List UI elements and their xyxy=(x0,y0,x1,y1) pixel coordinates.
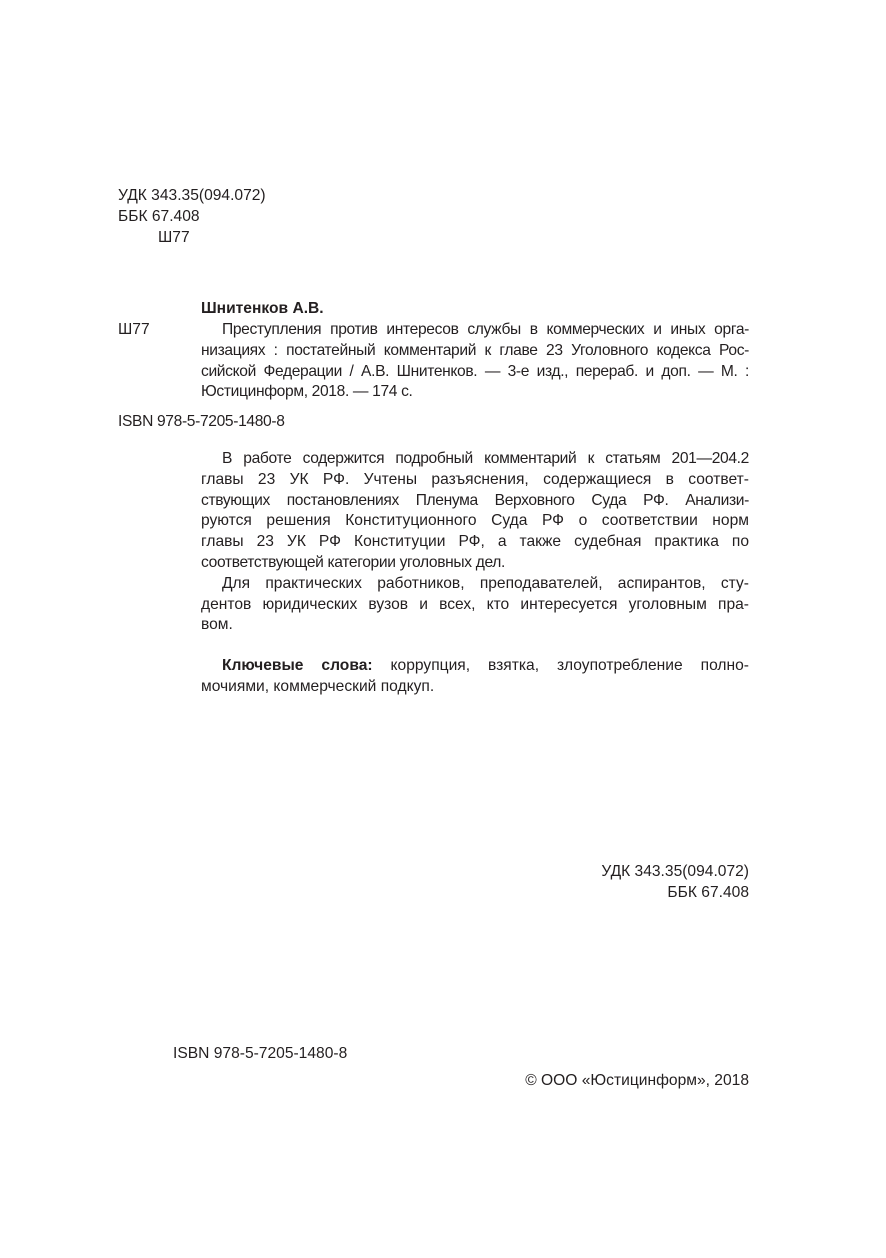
top-classification: УДК 343.35(094.072) ББК 67.408 Ш77 xyxy=(118,186,266,248)
annotation-line: ствующих постановлениях Пленума Верховно… xyxy=(201,491,749,512)
annotation-line: соответствующей категории уголовных дел. xyxy=(201,553,749,574)
isbn-bottom: ISBN 978-5-7205-1480-8 xyxy=(173,1044,347,1065)
annotation-line: руются решения Конституционного Суда РФ … xyxy=(201,511,749,532)
author-mark: Ш77 xyxy=(118,228,266,249)
annotation-line: вом. xyxy=(201,615,749,636)
record-line: Преступления против интересов службы в к… xyxy=(201,320,749,341)
record-line: низациях : постатейный комментарий к гла… xyxy=(201,341,749,362)
annotation-line: главы 23 УК РФ Конституции РФ, а также с… xyxy=(201,532,749,553)
keywords-line: мочиями, коммерческий подкуп. xyxy=(201,677,749,698)
annotation-line: главы 23 УК РФ. Учтены разъяснения, соде… xyxy=(201,470,749,491)
annotation-line: В работе содержится подробный комментари… xyxy=(201,449,749,470)
author-name: Шнитенков А.В. xyxy=(201,299,324,320)
record-line: сийской Федерации / А.В. Шнитенков. — 3-… xyxy=(201,362,749,383)
isbn-top: ISBN 978-5-7205-1480-8 xyxy=(118,412,285,433)
udk-code: УДК 343.35(094.072) xyxy=(118,186,266,207)
copyright: © ООО «Юстицинформ», 2018 xyxy=(525,1071,749,1092)
annotation-line: Для практических работников, преподавате… xyxy=(201,574,749,595)
bbk-code-bottom: ББК 67.408 xyxy=(601,883,749,904)
annotation-line: дентов юридических вузов и всех, кто инт… xyxy=(201,595,749,616)
bibliographic-description: Преступления против интересов службы в к… xyxy=(201,320,749,403)
record-author-mark: Ш77 xyxy=(118,320,150,341)
keywords-text: коррупция, взятка, злоупотребление полно… xyxy=(373,657,749,674)
udk-code-bottom: УДК 343.35(094.072) xyxy=(601,862,749,883)
bbk-code: ББК 67.408 xyxy=(118,207,266,228)
keywords-label: Ключевые слова: xyxy=(222,657,373,674)
record-line: Юстицинформ, 2018. — 174 с. xyxy=(201,382,749,403)
keywords-line: Ключевые слова: коррупция, взятка, злоуп… xyxy=(201,656,749,677)
annotation: В работе содержится подробный комментари… xyxy=(201,449,749,698)
bottom-classification: УДК 343.35(094.072) ББК 67.408 xyxy=(601,862,749,904)
